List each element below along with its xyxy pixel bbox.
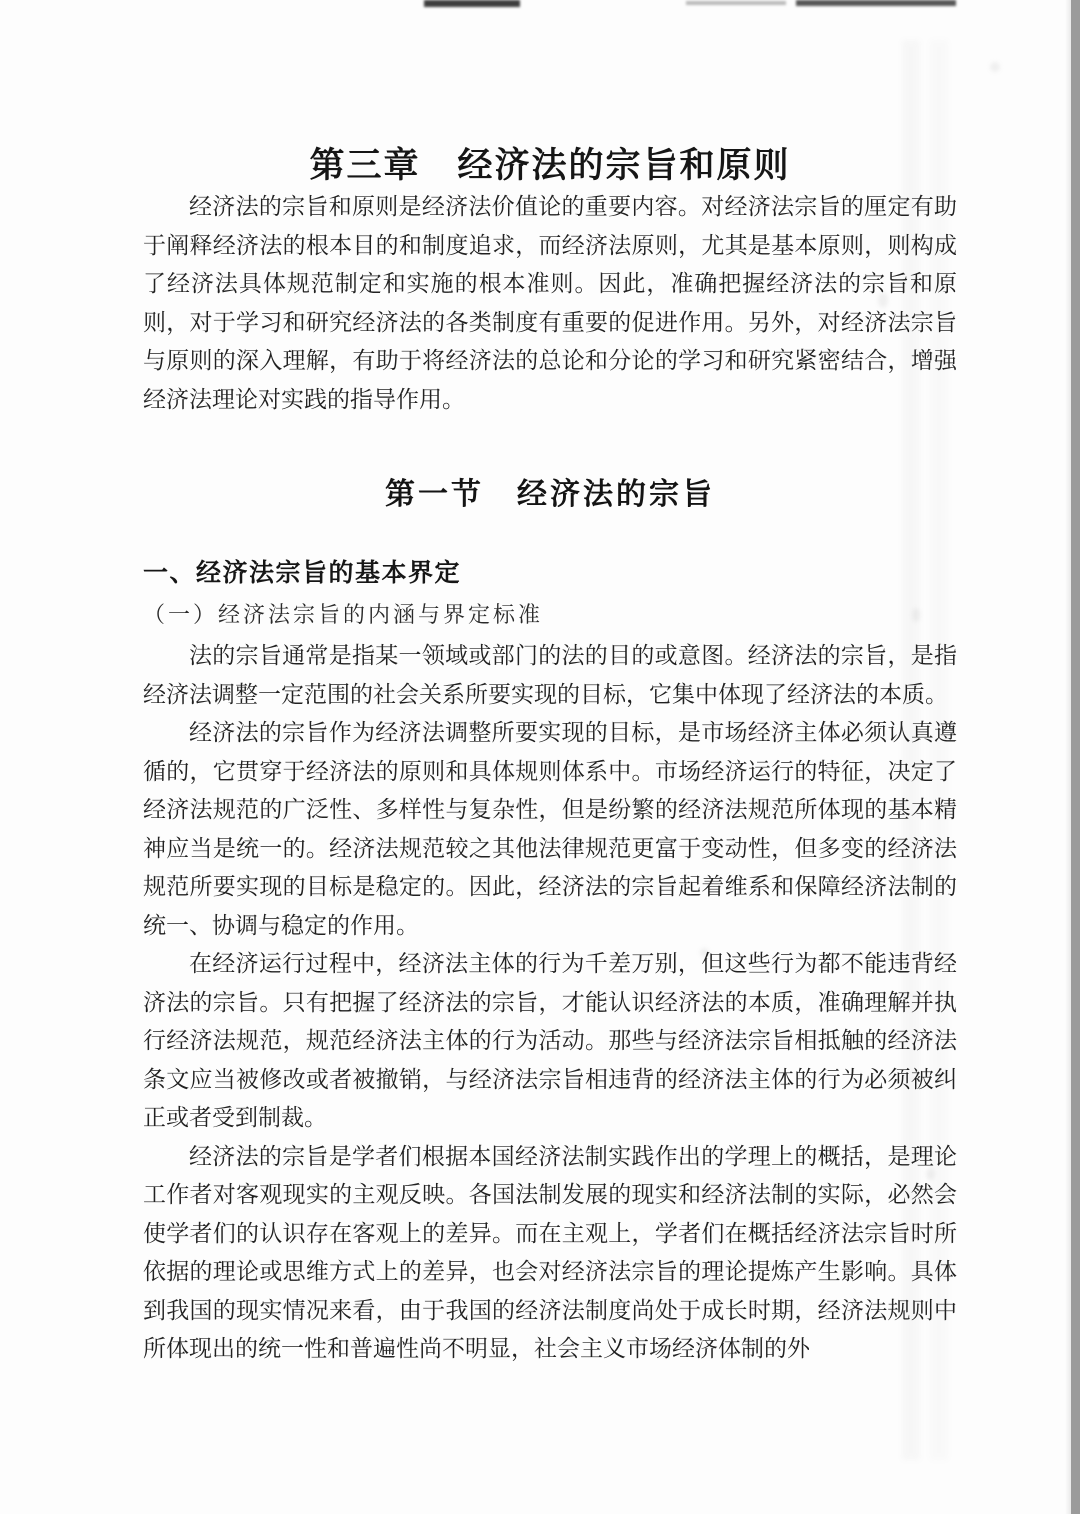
- chapter-title: 第三章 经济法的宗旨和原则: [143, 144, 957, 188]
- scan-edge-shadow: [1071, 0, 1080, 1514]
- paragraph: 经济法的宗旨是学者们根据本国经济法制实践作出的学理上的概括，是理论工作者对客观现…: [143, 1138, 957, 1369]
- chapter-intro-paragraph: 经济法的宗旨和原则是经济法价值论的重要内容。对经济法宗旨的厘定有助于阐释经济法的…: [143, 188, 957, 419]
- page-text-column: 第三章 经济法的宗旨和原则 经济法的宗旨和原则是经济法价值论的重要内容。对经济法…: [143, 0, 957, 1369]
- item-heading: （一）经济法宗旨的内涵与界定标准: [143, 599, 957, 631]
- paragraph: 经济法的宗旨作为经济法调整所要实现的目标，是市场经济主体必须认真遵循的，它贯穿于…: [143, 714, 957, 945]
- scan-artifact-smudge: [990, 62, 1000, 72]
- paragraph: 法的宗旨通常是指某一领域或部门的法的目的或意图。经济法的宗旨，是指经济法调整一定…: [143, 637, 957, 714]
- section-title: 第一节 经济法的宗旨: [143, 475, 957, 515]
- subsection-heading: 一、经济法宗旨的基本界定: [143, 557, 957, 589]
- scanned-book-page: 第三章 经济法的宗旨和原则 经济法的宗旨和原则是经济法价值论的重要内容。对经济法…: [0, 0, 1080, 1514]
- paragraph: 在经济运行过程中，经济法主体的行为千差万别，但这些行为都不能违背经济法的宗旨。只…: [143, 945, 957, 1138]
